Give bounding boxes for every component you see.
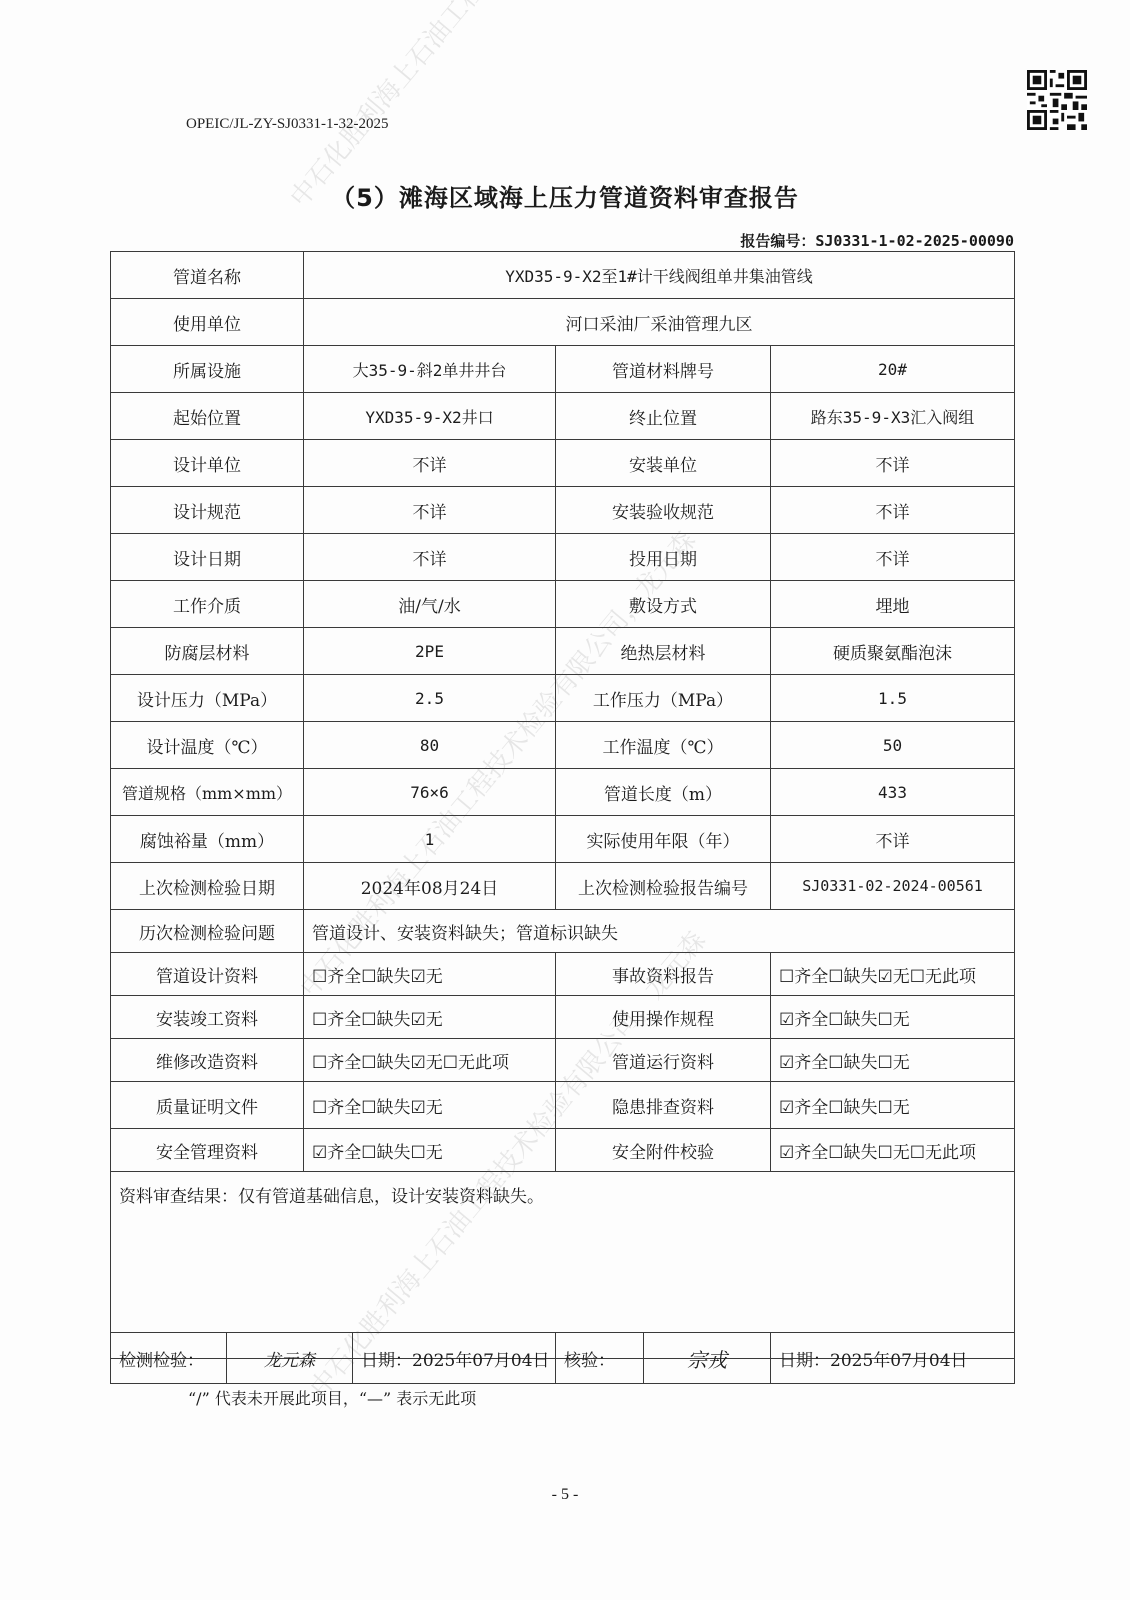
field-label: 管道规格（mm×mm） bbox=[111, 769, 304, 816]
table-row: 设计单位 不详 安装单位 不详 bbox=[111, 440, 1015, 487]
table-row: 安全管理资料 ☑齐全☐缺失☐无 安全附件校验 ☑齐全☐缺失☐无☐无此项 bbox=[111, 1129, 1015, 1172]
field-label: 设计单位 bbox=[111, 440, 304, 487]
footnote: “/” 代表未开展此项目，“—” 表示无此项 bbox=[188, 1386, 476, 1409]
field-value: 不详 bbox=[304, 534, 556, 581]
qr-code-icon bbox=[1027, 70, 1087, 130]
field-label: 安装验收规范 bbox=[556, 487, 771, 534]
table-row: 起始位置 YXD35-9-X2井口 终止位置 路东35-9-X3汇入阀组 bbox=[111, 393, 1015, 440]
field-value: 76×6 bbox=[304, 769, 556, 816]
doc-label: 安装竣工资料 bbox=[111, 996, 304, 1039]
table-row: 管道设计资料 ☐齐全☐缺失☑无 事故资料报告 ☐齐全☐缺失☑无☐无此项 bbox=[111, 953, 1015, 996]
field-label: 管道材料牌号 bbox=[556, 346, 771, 393]
field-value: YXD35-9-X2井口 bbox=[304, 393, 556, 440]
doc-label: 安全管理资料 bbox=[111, 1129, 304, 1172]
field-value: 不详 bbox=[771, 534, 1015, 581]
reviewer-label: 核验： bbox=[556, 1333, 644, 1384]
inspector-date: 日期：2025年07月04日 bbox=[353, 1333, 556, 1384]
field-label: 绝热层材料 bbox=[556, 628, 771, 675]
table-row: 防腐层材料 2PE 绝热层材料 硬质聚氨酯泡沫 bbox=[111, 628, 1015, 675]
doc-label: 安全附件校验 bbox=[556, 1129, 771, 1172]
table-row: 维修改造资料 ☐齐全☐缺失☑无☐无此项 管道运行资料 ☑齐全☐缺失☐无 bbox=[111, 1039, 1015, 1082]
pipe-name-value: YXD35-9-X2至1#计干线阀组单井集油管线 bbox=[304, 252, 1015, 299]
doc-label: 质量证明文件 bbox=[111, 1082, 304, 1129]
field-value: 1 bbox=[304, 816, 556, 863]
field-value: 油/气/水 bbox=[304, 581, 556, 628]
field-label: 起始位置 bbox=[111, 393, 304, 440]
field-label: 防腐层材料 bbox=[111, 628, 304, 675]
field-label: 所属设施 bbox=[111, 346, 304, 393]
table-row: 资料审查结果：仅有管道基础信息，设计安装资料缺失。 bbox=[111, 1172, 1015, 1359]
document-code: OPEIC/JL-ZY-SJ0331-1-32-2025 bbox=[186, 116, 389, 133]
field-value: 20# bbox=[771, 346, 1015, 393]
doc-status-checkboxes[interactable]: ☐齐全☐缺失☑无 bbox=[304, 953, 556, 996]
field-label: 安装单位 bbox=[556, 440, 771, 487]
field-label: 终止位置 bbox=[556, 393, 771, 440]
table-row: 管道名称 YXD35-9-X2至1#计干线阀组单井集油管线 bbox=[111, 252, 1015, 299]
field-value: 433 bbox=[771, 769, 1015, 816]
history-value: 管道设计、安装资料缺失；管道标识缺失 bbox=[304, 910, 1015, 953]
field-value: 路东35-9-X3汇入阀组 bbox=[771, 393, 1015, 440]
doc-status-checkboxes[interactable]: ☑齐全☐缺失☐无 bbox=[304, 1129, 556, 1172]
signature-row: 检测检验： 龙元森 日期：2025年07月04日 核验： 宗戎 日期：2025年… bbox=[111, 1333, 1015, 1384]
field-label: 投用日期 bbox=[556, 534, 771, 581]
doc-status-checkboxes[interactable]: ☑齐全☐缺失☐无 bbox=[771, 996, 1015, 1039]
pipe-name-label: 管道名称 bbox=[111, 252, 304, 299]
field-value: 不详 bbox=[771, 440, 1015, 487]
doc-label: 隐患排查资料 bbox=[556, 1082, 771, 1129]
field-label: 实际使用年限（年） bbox=[556, 816, 771, 863]
field-label: 工作介质 bbox=[111, 581, 304, 628]
table-row: 质量证明文件 ☐齐全☐缺失☑无 隐患排查资料 ☑齐全☐缺失☐无 bbox=[111, 1082, 1015, 1129]
table-row: 设计规范 不详 安装验收规范 不详 bbox=[111, 487, 1015, 534]
doc-label: 维修改造资料 bbox=[111, 1039, 304, 1082]
field-value: 50 bbox=[771, 722, 1015, 769]
inspector-signature: 龙元森 bbox=[227, 1333, 353, 1384]
field-value: 2.5 bbox=[304, 675, 556, 722]
table-row: 历次检测检验问题 管道设计、安装资料缺失；管道标识缺失 bbox=[111, 910, 1015, 953]
report-number: 报告编号：SJ0331-1-02-2025-00090 bbox=[740, 230, 1014, 251]
doc-status-checkboxes[interactable]: ☑齐全☐缺失☐无 bbox=[771, 1039, 1015, 1082]
reviewer-date: 日期：2025年07月04日 bbox=[771, 1333, 1015, 1384]
field-value: 不详 bbox=[771, 816, 1015, 863]
signature-table: 检测检验： 龙元森 日期：2025年07月04日 核验： 宗戎 日期：2025年… bbox=[110, 1332, 1015, 1384]
review-table: 管道名称 YXD35-9-X2至1#计干线阀组单井集油管线 使用单位 河口采油厂… bbox=[110, 251, 1015, 1359]
field-value: 2024年08月24日 bbox=[304, 863, 556, 910]
field-value: 不详 bbox=[771, 487, 1015, 534]
table-row: 管道规格（mm×mm） 76×6 管道长度（m） 433 bbox=[111, 769, 1015, 816]
user-unit-value: 河口采油厂采油管理九区 bbox=[304, 299, 1015, 346]
page-title: （5）滩海区域海上压力管道资料审查报告 bbox=[0, 178, 1130, 213]
field-label: 设计规范 bbox=[111, 487, 304, 534]
table-row: 工作介质 油/气/水 敷设方式 埋地 bbox=[111, 581, 1015, 628]
doc-status-checkboxes[interactable]: ☐齐全☐缺失☑无 bbox=[304, 996, 556, 1039]
doc-status-checkboxes[interactable]: ☑齐全☐缺失☐无☐无此项 bbox=[771, 1129, 1015, 1172]
field-value: 埋地 bbox=[771, 581, 1015, 628]
doc-status-checkboxes[interactable]: ☐齐全☐缺失☑无☐无此项 bbox=[304, 1039, 556, 1082]
field-label: 敷设方式 bbox=[556, 581, 771, 628]
table-row: 设计日期 不详 投用日期 不详 bbox=[111, 534, 1015, 581]
page-number: - 5 - bbox=[0, 1486, 1130, 1504]
history-label: 历次检测检验问题 bbox=[111, 910, 304, 953]
field-value: 80 bbox=[304, 722, 556, 769]
field-label: 上次检测检验日期 bbox=[111, 863, 304, 910]
doc-label: 事故资料报告 bbox=[556, 953, 771, 996]
user-unit-label: 使用单位 bbox=[111, 299, 304, 346]
doc-status-checkboxes[interactable]: ☐齐全☐缺失☑无 bbox=[304, 1082, 556, 1129]
table-row: 所属设施 大35-9-斜2单井井台 管道材料牌号 20# bbox=[111, 346, 1015, 393]
field-label: 工作温度（℃） bbox=[556, 722, 771, 769]
table-row: 使用单位 河口采油厂采油管理九区 bbox=[111, 299, 1015, 346]
doc-status-checkboxes[interactable]: ☐齐全☐缺失☑无☐无此项 bbox=[771, 953, 1015, 996]
doc-label: 管道设计资料 bbox=[111, 953, 304, 996]
review-result: 资料审查结果：仅有管道基础信息，设计安装资料缺失。 bbox=[111, 1172, 1015, 1359]
field-value: 1.5 bbox=[771, 675, 1015, 722]
table-row: 上次检测检验日期 2024年08月24日 上次检测检验报告编号 SJ0331-0… bbox=[111, 863, 1015, 910]
field-value: 大35-9-斜2单井井台 bbox=[304, 346, 556, 393]
field-label: 管道长度（m） bbox=[556, 769, 771, 816]
table-row: 设计温度（℃） 80 工作温度（℃） 50 bbox=[111, 722, 1015, 769]
field-value: 2PE bbox=[304, 628, 556, 675]
field-value: 不详 bbox=[304, 440, 556, 487]
field-label: 设计压力（MPa） bbox=[111, 675, 304, 722]
field-label: 上次检测检验报告编号 bbox=[556, 863, 771, 910]
field-value: 硬质聚氨酯泡沫 bbox=[771, 628, 1015, 675]
field-value: SJ0331-02-2024-00561 bbox=[771, 863, 1015, 910]
reviewer-signature: 宗戎 bbox=[644, 1333, 771, 1384]
field-label: 设计日期 bbox=[111, 534, 304, 581]
table-row: 安装竣工资料 ☐齐全☐缺失☑无 使用操作规程 ☑齐全☐缺失☐无 bbox=[111, 996, 1015, 1039]
table-row: 设计压力（MPa） 2.5 工作压力（MPa） 1.5 bbox=[111, 675, 1015, 722]
doc-label: 管道运行资料 bbox=[556, 1039, 771, 1082]
field-value: 不详 bbox=[304, 487, 556, 534]
field-label: 腐蚀裕量（mm） bbox=[111, 816, 304, 863]
field-label: 设计温度（℃） bbox=[111, 722, 304, 769]
doc-label: 使用操作规程 bbox=[556, 996, 771, 1039]
field-label: 工作压力（MPa） bbox=[556, 675, 771, 722]
table-row: 腐蚀裕量（mm） 1 实际使用年限（年） 不详 bbox=[111, 816, 1015, 863]
inspector-label: 检测检验： bbox=[111, 1333, 227, 1384]
doc-status-checkboxes[interactable]: ☑齐全☐缺失☐无 bbox=[771, 1082, 1015, 1129]
